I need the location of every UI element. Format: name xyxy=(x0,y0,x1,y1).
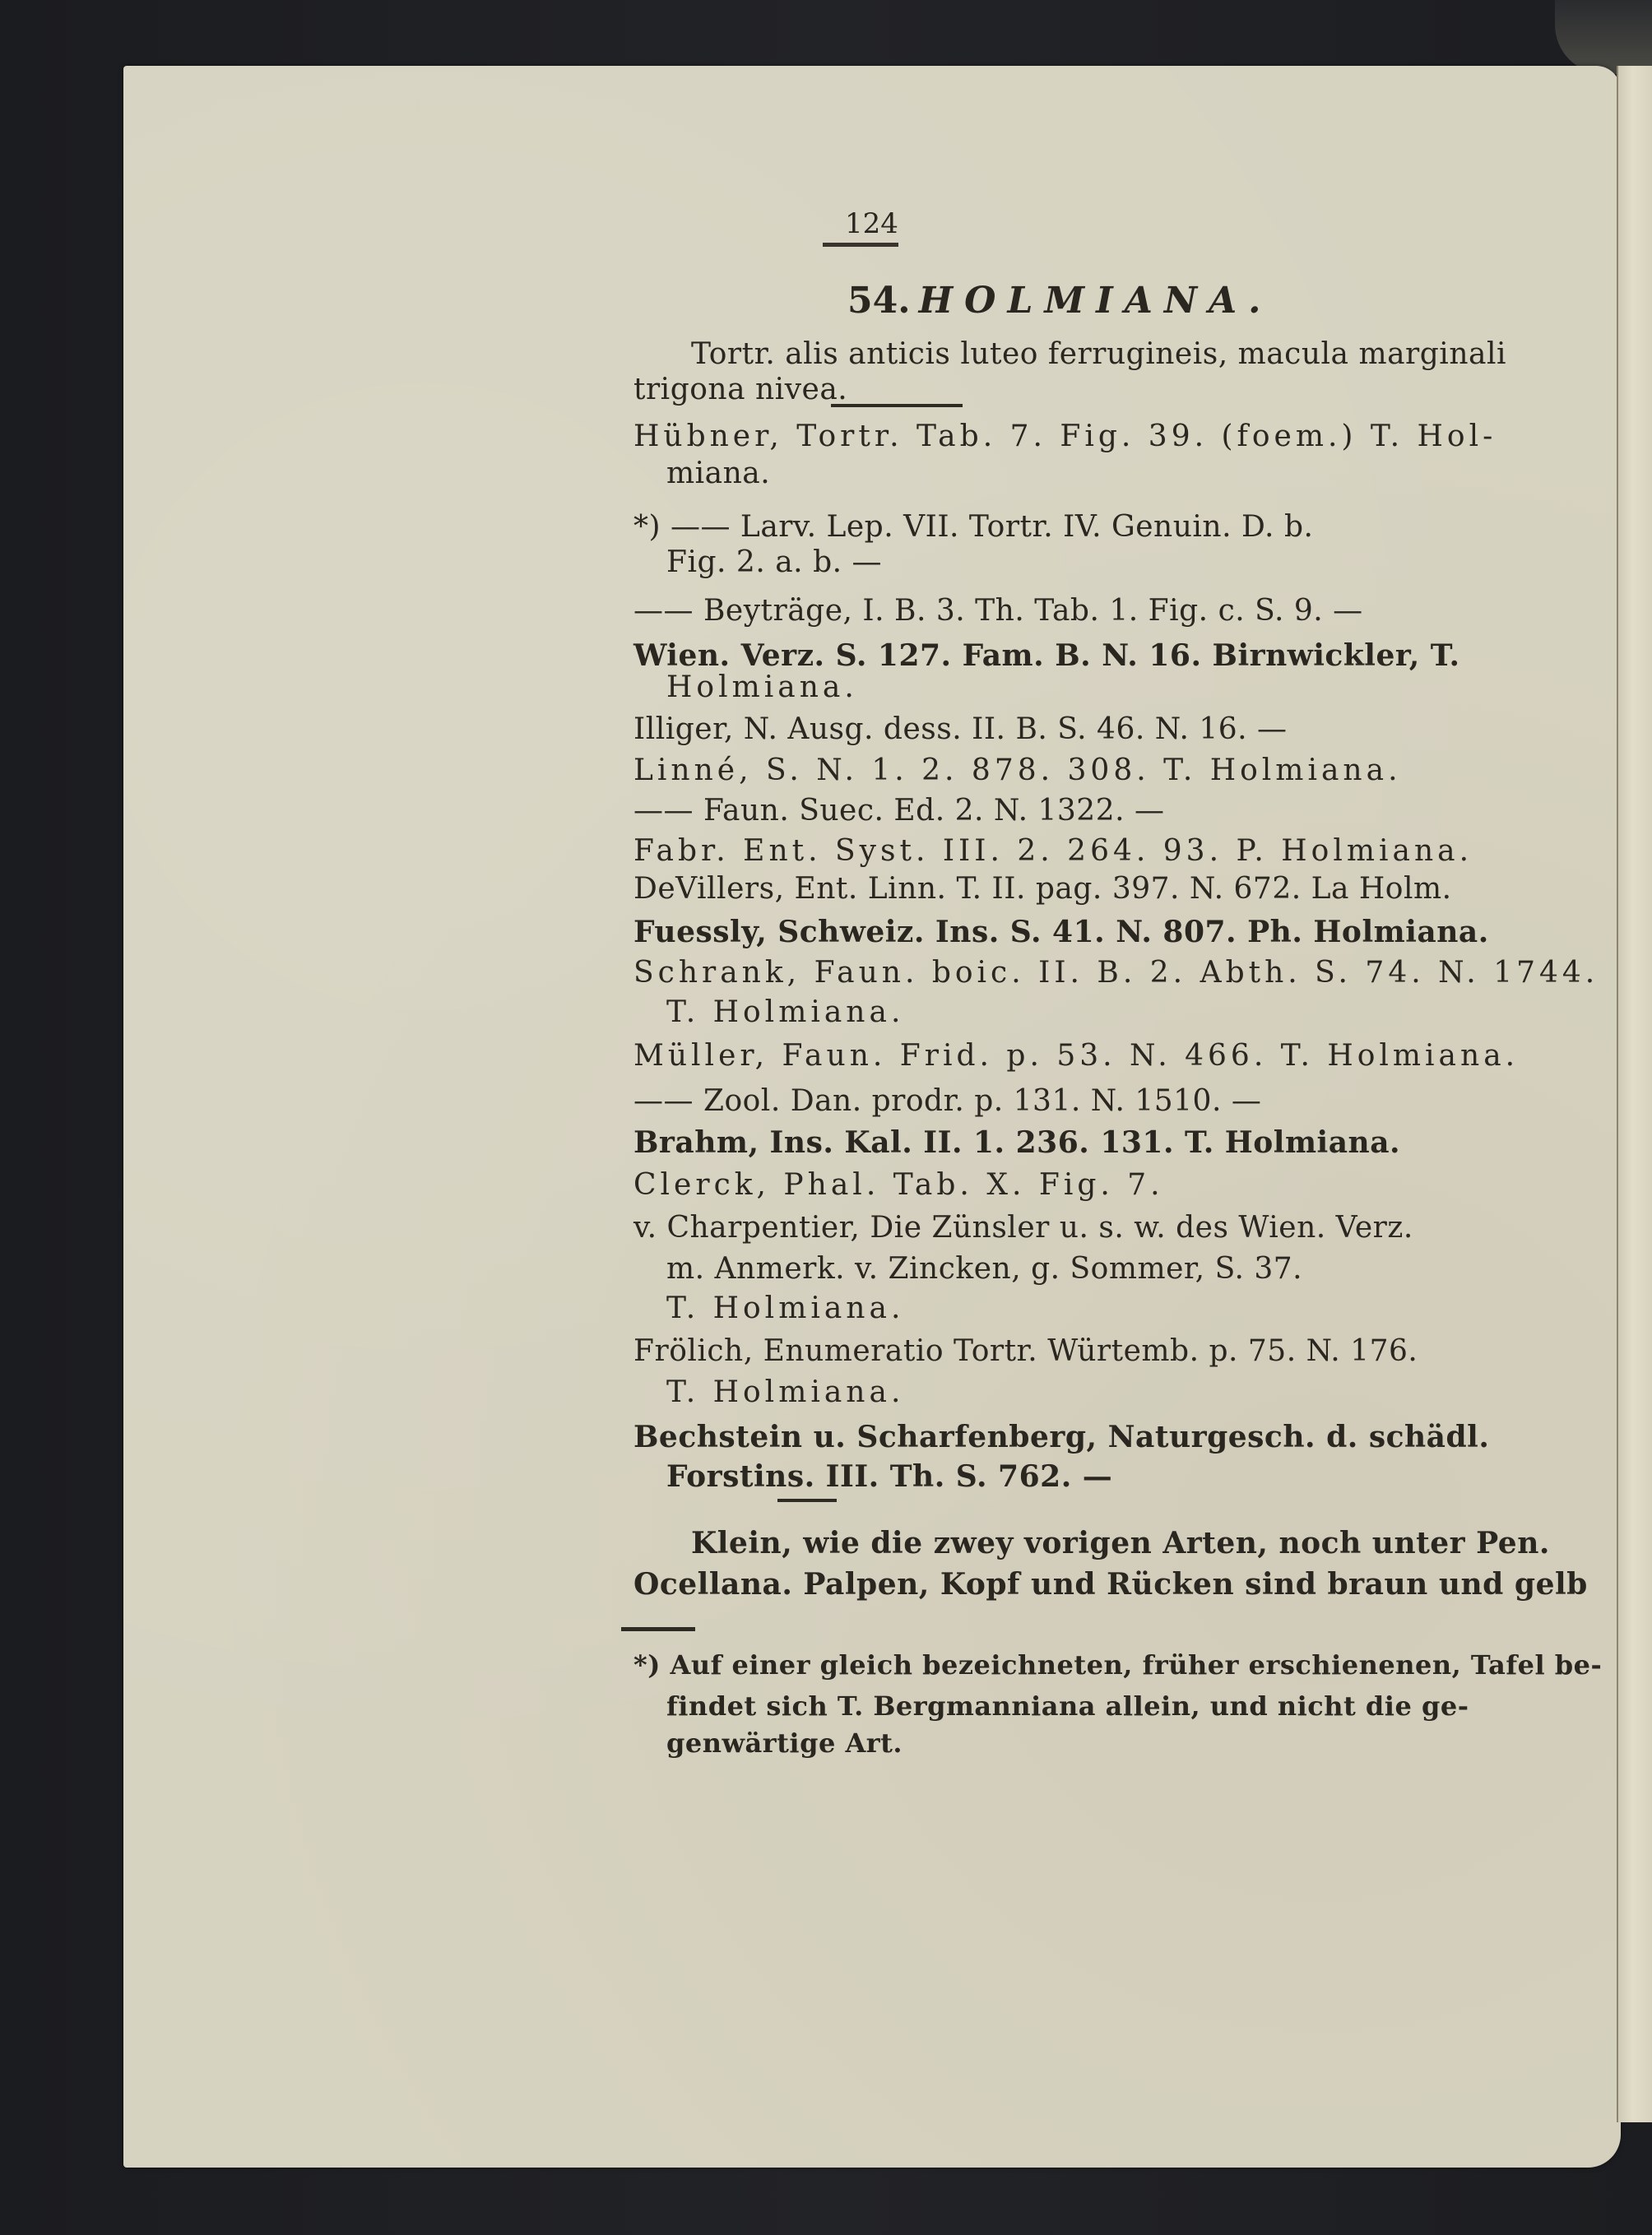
reference-line: T. Holmiana. xyxy=(666,1375,904,1409)
footnote-line: genwärtige Art. xyxy=(666,1727,903,1759)
reference-line: Illiger, N. Ausg. dess. II. B. S. 46. N.… xyxy=(633,712,1288,746)
diagnosis-line: Tortr. alis anticis luteo ferrugineis, m… xyxy=(691,337,1506,371)
reference-line: T. Holmiana. xyxy=(666,1291,904,1325)
body-line: Ocellana. Palpen, Kopf und Rücken sind b… xyxy=(633,1567,1588,1602)
footnote-line: findet sich T. Bergmanniana allein, und … xyxy=(666,1690,1469,1722)
reference-line: —— Faun. Suec. Ed. 2. N. 1322. — xyxy=(633,794,1165,828)
section-rule xyxy=(831,404,963,407)
reference-line: Fig. 2. a. b. — xyxy=(666,545,882,579)
reference-line: *) —— Larv. Lep. VII. Tortr. IV. Genuin.… xyxy=(633,510,1313,544)
reference-line: Fuessly, Schweiz. Ins. S. 41. N. 807. Ph… xyxy=(633,915,1489,949)
reference-line: Frölich, Enumeratio Tortr. Würtemb. p. 7… xyxy=(633,1334,1418,1368)
reference-line: —— Beyträge, I. B. 3. Th. Tab. 1. Fig. c… xyxy=(633,594,1363,628)
species-number: 54. xyxy=(847,280,911,322)
reference-line: Brahm, Ins. Kal. II. 1. 236. 131. T. Hol… xyxy=(633,1125,1400,1160)
reference-line: Müller, Faun. Frid. p. 53. N. 466. T. Ho… xyxy=(633,1039,1519,1073)
reference-line: Forstins. III. Th. S. 762. — xyxy=(666,1459,1112,1494)
footnote-line: *) Auf einer gleich bezeichneten, früher… xyxy=(633,1649,1602,1681)
page-fold xyxy=(1617,66,1652,2122)
diagnosis-line: trigona nivea. xyxy=(633,373,847,406)
reference-line: v. Charpentier, Die Zünsler u. s. w. des… xyxy=(633,1211,1413,1245)
page-number: 124 xyxy=(845,207,898,240)
section-rule xyxy=(777,1499,837,1502)
body-line: Klein, wie die zwey vorigen Arten, noch … xyxy=(691,1526,1550,1560)
species-heading: 54.HOLMIANA. xyxy=(847,280,1273,322)
reference-line: Fabr. Ent. Syst. III. 2. 264. 93. P. Hol… xyxy=(633,834,1473,868)
reference-line: Schrank, Faun. boic. II. B. 2. Abth. S. … xyxy=(633,956,1599,990)
page-number-rule xyxy=(823,243,898,247)
reference-line: Linné, S. N. 1. 2. 878. 308. T. Holmiana… xyxy=(633,754,1402,787)
reference-line: —— Zool. Dan. prodr. p. 131. N. 1510. — xyxy=(633,1084,1261,1118)
reference-line: Bechstein u. Scharfenberg, Naturgesch. d… xyxy=(633,1420,1489,1454)
reference-line: Wien. Verz. S. 127. Fam. B. N. 16. Birnw… xyxy=(633,638,1459,673)
reference-line: T. Holmiana. xyxy=(666,995,904,1029)
footnote-rule xyxy=(621,1627,695,1631)
reference-line: Holmiana. xyxy=(666,670,858,704)
reference-line: Clerck, Phal. Tab. X. Fig. 7. xyxy=(633,1168,1164,1202)
reference-line: m. Anmerk. v. Zincken, g. Sommer, S. 37. xyxy=(666,1252,1302,1286)
reference-line: DeVillers, Ent. Linn. T. II. pag. 397. N… xyxy=(633,872,1452,906)
reference-line: miana. xyxy=(666,457,770,490)
reference-line: Hübner, Tortr. Tab. 7. Fig. 39. (foem.) … xyxy=(633,420,1497,453)
species-title: HOLMIANA. xyxy=(919,280,1273,322)
